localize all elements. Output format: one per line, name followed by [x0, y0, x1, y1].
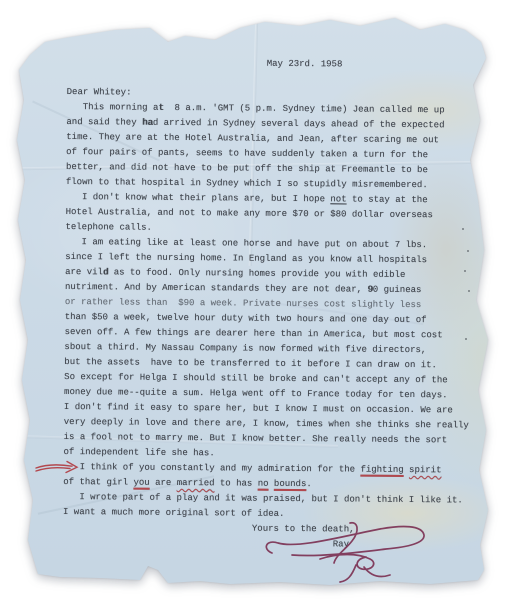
- red-arrow-icon: [34, 459, 82, 475]
- ink-speck: [465, 338, 467, 340]
- signature-flourish: [258, 519, 433, 587]
- ink-speck: [468, 290, 470, 292]
- letter-text: May 23rd. 1958Dear Whitey: This morning …: [63, 55, 472, 554]
- ink-speck: [467, 250, 469, 252]
- ink-speck: [462, 228, 464, 230]
- ink-speck: [464, 270, 466, 272]
